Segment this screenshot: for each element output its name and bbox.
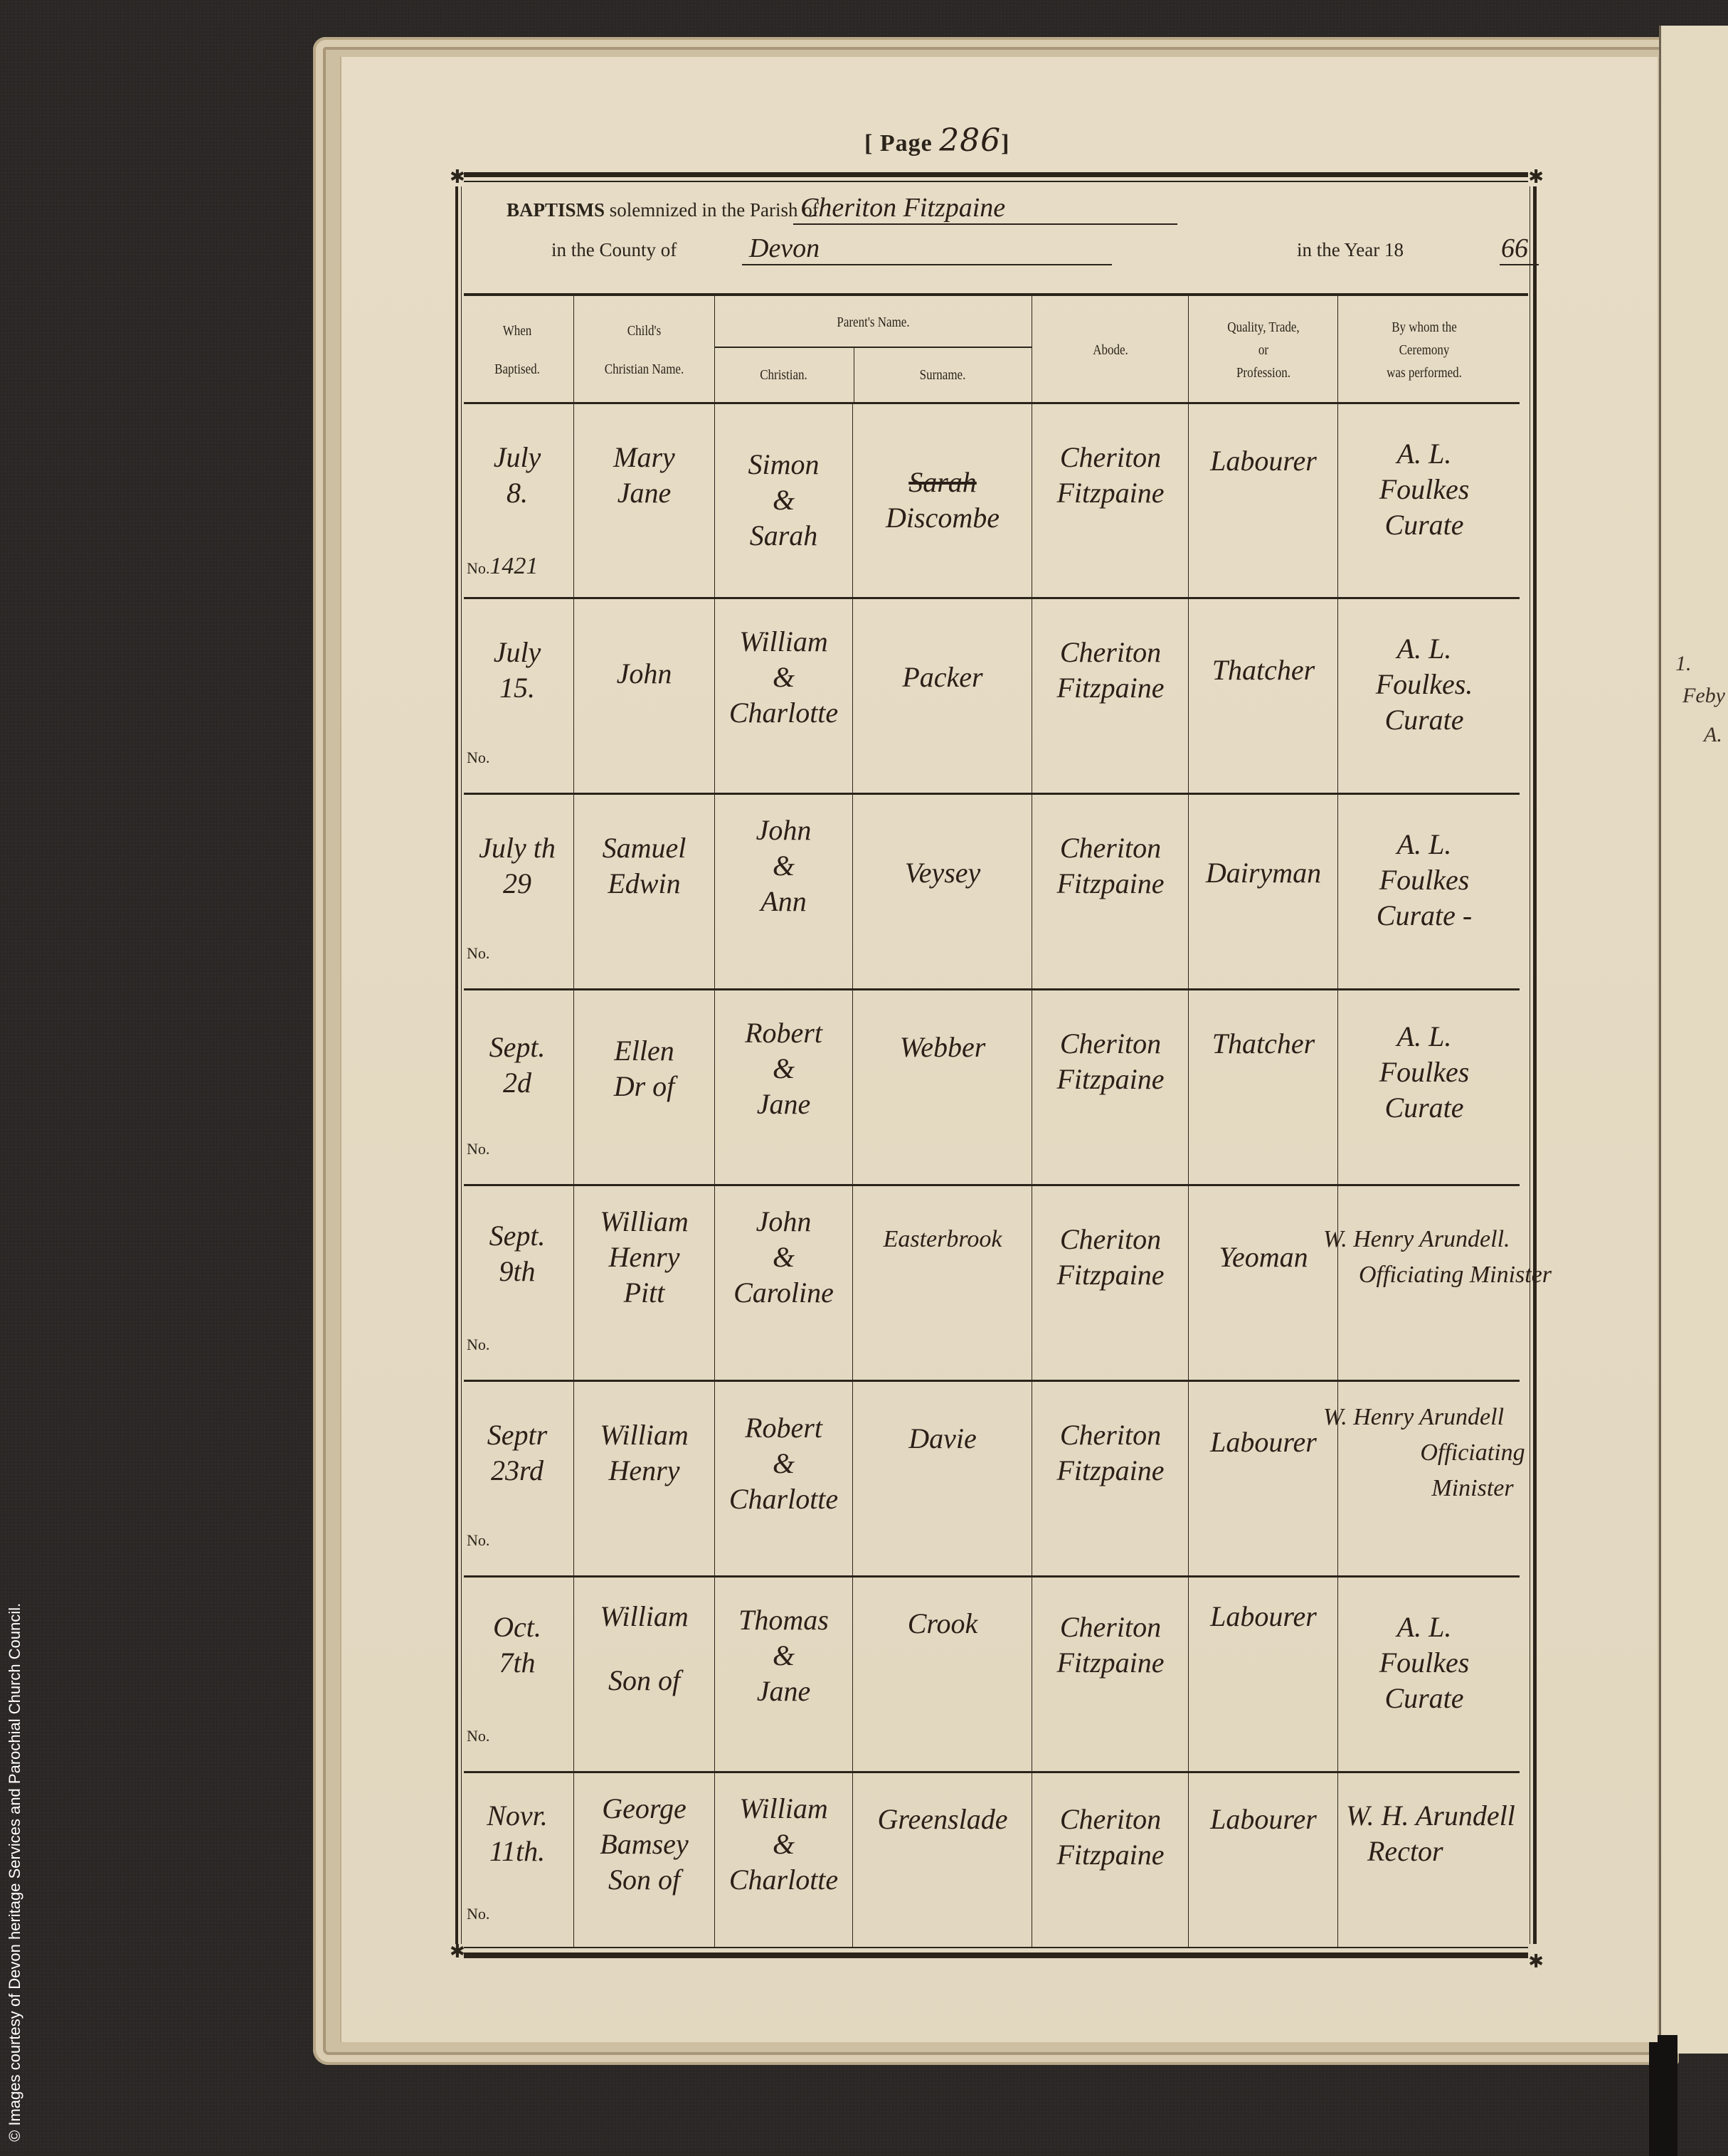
- parent-christian-line: &: [773, 1240, 795, 1275]
- facing-page-note-2: Feby: [1682, 684, 1725, 708]
- child-name-line: Henry: [609, 1240, 680, 1275]
- cell-parent-surname: Veysey: [854, 795, 1032, 951]
- parent-christian-line: &: [773, 660, 795, 695]
- header-text: By whom the: [1352, 316, 1497, 339]
- page-label-prefix: [ Page: [864, 130, 933, 157]
- header-text: or: [1201, 339, 1327, 361]
- cell-abode: Cheriton Fitzpaine: [1033, 1186, 1188, 1328]
- cell-parent-christian: Robert & Charlotte: [715, 1382, 852, 1545]
- column-divider: [852, 403, 853, 1948]
- cell-by-whom: A. L. Foulkes Curate: [1339, 404, 1510, 575]
- frame-top-rule: [464, 172, 1528, 177]
- column-header-by-whom: By whom the Ceremony was performed.: [1352, 297, 1497, 403]
- cell-quality: Labourer: [1189, 1773, 1337, 1866]
- column-divider: [573, 296, 574, 1947]
- abode-line: Cheriton: [1060, 1222, 1161, 1257]
- cell-child-name: John: [575, 599, 714, 749]
- cell-quality: Yeoman: [1189, 1186, 1337, 1328]
- when-day: 8.: [507, 475, 528, 511]
- parent-christian-line: &: [773, 482, 795, 518]
- parent-christian-line: Jane: [757, 1674, 811, 1709]
- cell-parent-surname: Webber: [854, 990, 1032, 1104]
- officiant-line: A. L.: [1397, 1610, 1452, 1645]
- abode-line: Cheriton: [1060, 635, 1161, 670]
- abode-line: Fitzpaine: [1056, 1257, 1164, 1293]
- entry-number: No.: [467, 749, 489, 767]
- officiant-line: Foulkes: [1379, 1645, 1470, 1681]
- officiant-line: A. L.: [1397, 827, 1452, 862]
- frame-right-border: [1533, 186, 1537, 1944]
- header-text: was performed.: [1352, 361, 1497, 384]
- cell-quality: Thatcher: [1189, 990, 1337, 1097]
- frame-right-inner-border: [1530, 186, 1530, 1944]
- surname-line: Crook: [908, 1606, 978, 1642]
- parent-christian-line: &: [773, 1638, 795, 1674]
- cell-by-whom: A. L. Foulkes Curate: [1339, 1578, 1510, 1748]
- cell-by-whom: W. H. Arundell Rector: [1339, 1773, 1567, 1894]
- header-text: Quality, Trade,: [1201, 316, 1327, 339]
- entry-number: No.: [467, 1531, 489, 1550]
- cell-parent-christian: John & Caroline: [715, 1186, 852, 1328]
- parent-christian-line: Charlotte: [729, 1862, 838, 1898]
- header-text: Profession.: [1201, 361, 1327, 384]
- cell-abode: Cheriton Fitzpaine: [1033, 990, 1188, 1133]
- when-day: 9th: [499, 1254, 535, 1289]
- parent-christian-line: &: [773, 1827, 795, 1862]
- abode-line: Fitzpaine: [1056, 670, 1164, 706]
- when-day: 11th.: [489, 1834, 545, 1869]
- when-month: Sept.: [489, 1030, 546, 1065]
- year-field: 66: [1500, 240, 1539, 265]
- cell-when: July th 29: [461, 795, 573, 937]
- column-header-parents-name: Parent's Name.: [738, 297, 1007, 347]
- child-name-line: Samuel: [603, 830, 687, 866]
- when-month: Septr: [487, 1417, 547, 1453]
- abode-line: Fitzpaine: [1056, 475, 1164, 511]
- officiant-line: Curate -: [1377, 898, 1472, 934]
- cell-quality: Labourer: [1189, 404, 1337, 518]
- cell-abode: Cheriton Fitzpaine: [1033, 599, 1188, 741]
- officiant-line: Curate: [1384, 1090, 1463, 1126]
- column-divider: [1032, 296, 1032, 1947]
- quality-text: Dairyman: [1206, 855, 1321, 891]
- child-name-line: Son of: [608, 1862, 680, 1898]
- abode-line: Fitzpaine: [1056, 1837, 1164, 1873]
- abode-line: Cheriton: [1060, 440, 1161, 475]
- asterisk-ornament-icon: ✱: [450, 168, 465, 186]
- header-text: Baptised.: [470, 358, 565, 381]
- officiant-line: Curate: [1384, 507, 1463, 543]
- abode-line: Cheriton: [1060, 1610, 1161, 1645]
- header-text: When: [470, 319, 565, 342]
- column-header-when: When Baptised.: [470, 297, 565, 403]
- cell-abode: Cheriton Fitzpaine: [1033, 1578, 1188, 1713]
- header-text: Surname.: [867, 364, 1019, 386]
- cell-parent-christian: William & Charlotte: [715, 1773, 852, 1915]
- child-name-line: Ellen: [614, 1033, 674, 1069]
- cell-parent-surname: Davie: [854, 1382, 1032, 1496]
- header-text: Ceremony: [1352, 339, 1497, 361]
- cell-parent-christian: Robert & Jane: [715, 990, 852, 1147]
- parent-christian-line: Ann: [760, 884, 806, 919]
- cell-when: Novr. 11th.: [461, 1773, 573, 1894]
- facing-page-note-3: A.: [1704, 723, 1722, 747]
- cell-parent-surname: Easterbrook: [854, 1186, 1032, 1293]
- frame-bottom-thin-rule: [464, 1947, 1528, 1948]
- cell-parent-christian: John & Ann: [715, 795, 852, 937]
- quality-text: Thatcher: [1212, 1026, 1315, 1062]
- parent-christian-line: Thomas: [738, 1602, 829, 1638]
- child-name-line: William: [600, 1204, 688, 1240]
- child-name-line: William: [600, 1599, 688, 1634]
- cell-parent-surname: Crook: [854, 1578, 1032, 1670]
- column-header-parent-christian: Christian.: [725, 350, 842, 400]
- parent-christian-line: &: [773, 1051, 795, 1087]
- officiant-line: Rector: [1367, 1834, 1443, 1869]
- abode-line: Fitzpaine: [1056, 1645, 1164, 1681]
- when-day: 23rd: [491, 1453, 544, 1489]
- when-month: Novr.: [487, 1798, 548, 1834]
- quality-text: Labourer: [1210, 1599, 1317, 1634]
- cell-child-name: Samuel Edwin: [575, 795, 714, 937]
- officiant-line: Foulkes: [1379, 472, 1470, 507]
- when-day: 2d: [503, 1065, 531, 1101]
- cell-when: Sept. 2d: [461, 990, 573, 1140]
- when-month: Oct.: [493, 1610, 541, 1645]
- abode-line: Fitzpaine: [1056, 1062, 1164, 1097]
- parent-christian-line: Simon: [748, 447, 820, 482]
- asterisk-ornament-icon: ✱: [1528, 168, 1544, 186]
- quality-text: Labourer: [1210, 1425, 1317, 1460]
- parish-label: solemnized in the Parish of: [610, 199, 819, 221]
- cell-when: Septr 23rd: [461, 1382, 573, 1524]
- officiant-line: A. L.: [1397, 436, 1452, 472]
- column-header-quality: Quality, Trade, or Profession.: [1201, 297, 1327, 403]
- cell-parent-surname: Sarah Discombe: [854, 404, 1032, 596]
- entry-number: No.: [467, 1905, 489, 1923]
- no-label: No.: [467, 559, 489, 577]
- child-name-line: Son of: [608, 1663, 680, 1698]
- cell-abode: Cheriton Fitzpaine: [1033, 1382, 1188, 1524]
- county-label: in the County of: [551, 239, 677, 261]
- header-rule: [464, 293, 1528, 296]
- cell-when: Sept. 9th: [461, 1186, 573, 1321]
- cell-when: Oct. 7th: [461, 1578, 573, 1713]
- surname-line: Veysey: [905, 855, 981, 891]
- cell-abode: Cheriton Fitzpaine: [1033, 404, 1188, 546]
- parent-christian-line: &: [773, 848, 795, 884]
- parish-value: Cheriton Fitzpaine: [800, 192, 1005, 223]
- officiant-line: W. Henry Arundell.: [1323, 1222, 1510, 1257]
- child-name-line: Jane: [617, 475, 672, 511]
- quality-text: Labourer: [1210, 443, 1317, 479]
- abode-line: Fitzpaine: [1056, 866, 1164, 902]
- header-text: Christian.: [725, 364, 842, 386]
- when-day: 7th: [499, 1645, 535, 1681]
- officiant-line: W. H. Arundell: [1346, 1798, 1515, 1834]
- child-name-line: Mary: [613, 440, 675, 475]
- parent-christian-line: John: [756, 813, 812, 848]
- cell-by-whom: W. Henry Arundell. Officiating Minister: [1323, 1186, 1565, 1328]
- column-header-abode: Abode.: [1044, 297, 1176, 403]
- officiant-line: W. Henry Arundell: [1323, 1400, 1504, 1435]
- frame-left-border: [455, 186, 458, 1944]
- when-month: Sept.: [489, 1218, 546, 1254]
- entry-number: No.: [467, 944, 489, 963]
- surname-line: Greenslade: [878, 1802, 1008, 1837]
- parents-divider: [854, 348, 854, 403]
- officiant-line: Curate: [1384, 1681, 1463, 1716]
- cell-parent-christian: Simon & Sarah: [715, 404, 852, 596]
- asterisk-ornament-icon: ✱: [450, 1943, 465, 1961]
- header-text: Parent's Name.: [738, 311, 1007, 334]
- header-text: Abode.: [1044, 339, 1176, 361]
- child-name-line: Henry: [609, 1453, 680, 1489]
- cell-quality: Dairyman: [1189, 795, 1337, 951]
- cell-quality: Labourer: [1189, 1578, 1337, 1656]
- child-name-line: George: [602, 1791, 686, 1827]
- parent-christian-line: Charlotte: [729, 1481, 838, 1517]
- child-name-line: John: [617, 656, 672, 692]
- when-month: July: [494, 440, 541, 475]
- when-day: 15.: [499, 670, 535, 706]
- quality-text: Labourer: [1210, 1802, 1317, 1837]
- child-name-line: William: [600, 1417, 688, 1453]
- cell-parent-surname: Greenslade: [854, 1773, 1032, 1866]
- year-value: 66: [1501, 233, 1528, 264]
- cell-quality: Labourer: [1189, 1382, 1337, 1503]
- quality-text: Yeoman: [1219, 1240, 1308, 1275]
- officiant-line: Foulkes: [1379, 1055, 1470, 1090]
- child-name-line: Bamsey: [600, 1827, 688, 1862]
- header-text: Child's: [585, 319, 704, 342]
- column-header-child-name: Child's Christian Name.: [585, 297, 704, 403]
- facing-page-edge: 1. Feby A.: [1659, 26, 1728, 2054]
- page-label-suffix: ]: [1001, 130, 1009, 157]
- cell-abode: Cheriton Fitzpaine: [1033, 1773, 1188, 1901]
- child-name-line: Edwin: [608, 866, 680, 902]
- parent-christian-line: &: [773, 1446, 795, 1481]
- entry-number-value: 1421: [489, 553, 538, 579]
- parent-christian-line: William: [739, 624, 827, 660]
- cell-quality: Thatcher: [1189, 599, 1337, 741]
- parents-subheader-rule: [715, 347, 1032, 348]
- parent-christian-line: Charlotte: [729, 695, 838, 731]
- entry-number: No.: [467, 1336, 489, 1354]
- frame-top-thin-rule: [464, 181, 1528, 182]
- page-number: [ Page 286]: [864, 122, 1010, 159]
- quality-text: Thatcher: [1212, 652, 1315, 688]
- cell-child-name: George Bamsey Son of: [575, 1773, 714, 1915]
- header-text: Christian Name.: [585, 358, 704, 381]
- officiant-line: Officiating Minister: [1359, 1257, 1552, 1293]
- parish-field: Cheriton Fitzpaine: [793, 199, 1177, 225]
- asterisk-ornament-icon: ✱: [1528, 1952, 1544, 1971]
- parent-christian-line: Robert: [745, 1015, 822, 1051]
- abode-line: Cheriton: [1060, 1026, 1161, 1062]
- column-header-parent-surname: Surname.: [867, 350, 1019, 400]
- register-title: BAPTISMS solemnized in the Parish of: [507, 199, 819, 221]
- cell-by-whom: W. Henry Arundell Officiating Minister: [1323, 1382, 1565, 1524]
- cell-when: July 15.: [461, 599, 573, 741]
- year-label: in the Year 18: [1297, 239, 1404, 261]
- copyright-notice: © Images courtesy of Devon heritage Serv…: [6, 1603, 24, 2142]
- cell-child-name: William Henry Pitt: [575, 1186, 714, 1328]
- column-divider: [1188, 296, 1189, 1947]
- officiant-line: Officiating Minister: [1380, 1435, 1565, 1506]
- spine-shadow: [1649, 2035, 1677, 2156]
- county-value: Devon: [749, 233, 820, 264]
- parent-christian-line: John: [756, 1204, 812, 1240]
- surname-struck-through: Sarah: [908, 465, 977, 500]
- cell-by-whom: A. L. Foulkes. Curate: [1339, 599, 1510, 770]
- surname-line: Webber: [900, 1030, 986, 1065]
- when-day: 29: [503, 866, 531, 902]
- officiant-line: Curate: [1384, 702, 1463, 738]
- cell-parent-christian: Thomas & Jane: [715, 1578, 852, 1734]
- when-month: July th: [479, 830, 556, 866]
- baptisms-heading: BAPTISMS: [507, 199, 605, 221]
- cell-child-name: William Henry: [575, 1382, 714, 1524]
- column-divider: [1337, 296, 1338, 1947]
- parent-christian-line: Caroline: [733, 1275, 834, 1311]
- cell-by-whom: A. L. Foulkes Curate: [1339, 990, 1510, 1154]
- county-field: Devon: [742, 240, 1112, 265]
- cell-when: July 8.: [461, 404, 573, 546]
- officiant-line: A. L.: [1397, 1019, 1452, 1055]
- cell-child-name: Mary Jane: [575, 404, 714, 546]
- parent-christian-line: William: [739, 1791, 827, 1827]
- surname-line: Packer: [902, 660, 982, 695]
- officiant-line: A. L.: [1397, 631, 1452, 667]
- cell-by-whom: A. L. Foulkes Curate -: [1339, 795, 1510, 966]
- cell-child-name: Ellen Dr of: [575, 990, 714, 1147]
- entry-number: No.1421: [467, 553, 538, 580]
- parent-christian-line: Jane: [757, 1087, 811, 1122]
- abode-line: Cheriton: [1060, 1802, 1161, 1837]
- register-frame: ✱ ✱ ✱ ✱ BAPTISMS solemnized in the Paris…: [455, 172, 1537, 1958]
- cell-parent-surname: Packer: [854, 599, 1032, 756]
- facing-page-note-1: 1.: [1675, 652, 1692, 676]
- surname-line: Discombe: [886, 500, 1000, 536]
- page-number-value: 286: [939, 122, 1001, 159]
- parent-christian-line: Robert: [745, 1410, 822, 1446]
- cell-parent-christian: William & Charlotte: [715, 599, 852, 756]
- child-name-line: Dr of: [614, 1069, 675, 1104]
- abode-line: Fitzpaine: [1056, 1453, 1164, 1489]
- cell-abode: Cheriton Fitzpaine: [1033, 795, 1188, 937]
- abode-line: Cheriton: [1060, 830, 1161, 866]
- surname-line: Easterbrook: [884, 1222, 1002, 1257]
- abode-line: Cheriton: [1060, 1417, 1161, 1453]
- officiant-line: Foulkes: [1379, 862, 1470, 898]
- when-month: July: [494, 635, 541, 670]
- surname-line: Davie: [908, 1421, 977, 1457]
- parent-christian-line: Sarah: [750, 518, 818, 554]
- officiant-line: Foulkes.: [1376, 667, 1473, 702]
- entry-number: No.: [467, 1727, 489, 1745]
- entry-number: No.: [467, 1140, 489, 1158]
- cell-child-name: William Son of: [575, 1578, 714, 1720]
- frame-bottom-rule: [464, 1952, 1528, 1958]
- child-name-line: Pitt: [624, 1275, 665, 1311]
